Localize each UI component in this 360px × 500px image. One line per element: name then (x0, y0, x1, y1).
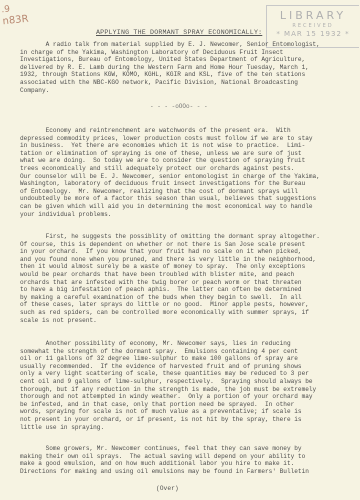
stamp-library: LIBRARY (267, 9, 359, 22)
intro-paragraph: A radio talk from material supplied by E… (20, 41, 350, 94)
handwritten-line-2: n83R (2, 14, 29, 28)
paragraph-omitting-spray: First, he suggests the possiblity of omi… (20, 233, 350, 324)
stamp-received: RECEIVED (267, 23, 359, 29)
paragraph-home-made-sprays: Some growers, Mr. Newcomer continues, fe… (20, 445, 350, 475)
handwritten-call-number: .9 n83R (1, 3, 29, 28)
document-page: .9 n83R LIBRARY RECEIVED * MAR 15 1932 *… (0, 0, 360, 500)
paragraph-economy: Economy and reintrenchment are watchword… (20, 127, 350, 218)
paragraph-reducing-strength: Another possibility of economy, Mr. Newc… (20, 340, 350, 431)
document-title: APPLYING THE DORMANT SPRAY ECONOMICALLY: (96, 29, 262, 36)
stamp-date: * MAR 15 1932 * (267, 30, 359, 38)
page-footer-over: (Over) (156, 485, 179, 492)
section-divider: - - - -oOOo- - - (150, 103, 208, 110)
